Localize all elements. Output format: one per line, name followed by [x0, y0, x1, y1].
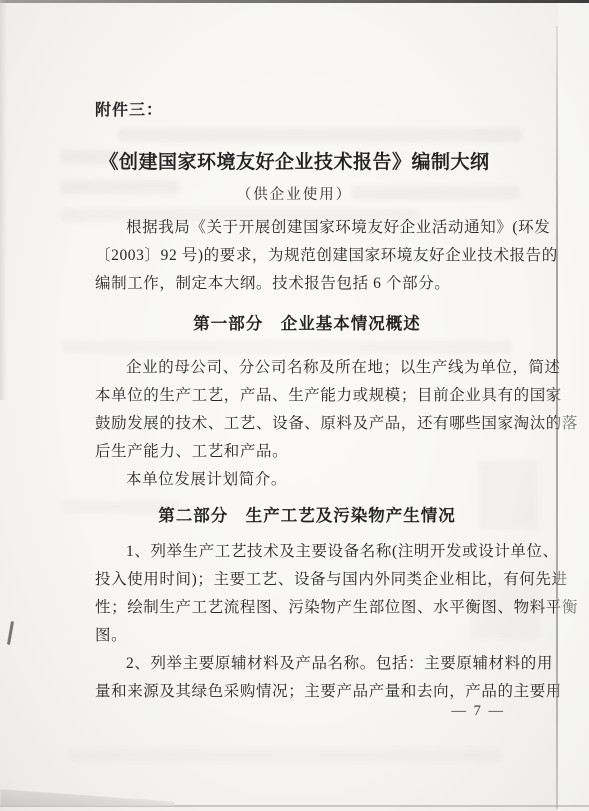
intro-line: 根据我局《关于开展创建国家环境友好企业活动通知》(环发: [95, 214, 519, 242]
scan-top-edge: [0, 0, 589, 3]
bleed-through-artifact: [118, 128, 522, 142]
pen-mark-artifact: [7, 621, 14, 645]
section-1-line: 后生产能力、工艺和产品。: [95, 438, 519, 466]
section-2-line: 投入使用时间)；主要工艺、设备与国内外同类企业相比，有何先进: [95, 566, 519, 594]
intro-line: 编制工作，制定本大纲。技术报告包括 6 个部分。: [95, 270, 519, 298]
section-2-line: 图。: [95, 622, 519, 650]
section-1-line: 本单位发展计划简介。: [95, 466, 519, 494]
intro-line: 〔2003〕92 号)的要求，为规范创建国家环境友好企业技术报告的: [95, 242, 519, 270]
corner-shadow: [0, 782, 175, 806]
section-2-heading: 第二部分 生产工艺及污染物产生情况: [95, 502, 519, 530]
section-2-line: 1、列举生产工艺技术及主要设备名称(注明开发或设计单位、: [95, 538, 519, 566]
scanned-document-page: 附件三： 《创建国家环境友好企业技术报告》编制大纲 （供企业使用） 根据我局《关…: [0, 0, 589, 811]
section-2-line: 量和来源及其绿色采购情况；主要产品产量和去向，产品的主要用: [95, 678, 519, 706]
bleed-through-artifact: [70, 748, 500, 762]
section-1-line: 企业的母公司、分公司名称及所在地；以生产线为单位，简述: [95, 354, 519, 382]
section-2-line: 性；绘制生产工艺流程图、污染物产生部位图、水平衡图、物料平衡: [95, 594, 519, 622]
scan-right-margin: [558, 0, 589, 811]
section-2-line: 2、列举主要原辅材料及产品名称。包括：主要原辅材料的用: [95, 650, 519, 678]
section-1-heading: 第一部分 企业基本情况概述: [95, 310, 519, 338]
section-1-line: 鼓励发展的技术、工艺、设备、原料及产品，还有哪些国家淘汰的落: [95, 410, 519, 438]
document-body: 根据我局《关于开展创建国家环境友好企业活动通知》(环发 〔2003〕92 号)的…: [95, 214, 519, 706]
document-subtitle: （供企业使用）: [0, 183, 589, 204]
page-number: — 7 —: [0, 703, 505, 720]
section-1-line: 本单位的生产工艺，产品、生产能力或规模；目前企业具有的国家: [95, 382, 519, 410]
attachment-label: 附件三：: [95, 97, 163, 120]
scan-left-edge: [0, 0, 7, 400]
page-edge-line: [556, 26, 558, 809]
document-title: 《创建国家环境友好企业技术报告》编制大纲: [0, 147, 589, 174]
